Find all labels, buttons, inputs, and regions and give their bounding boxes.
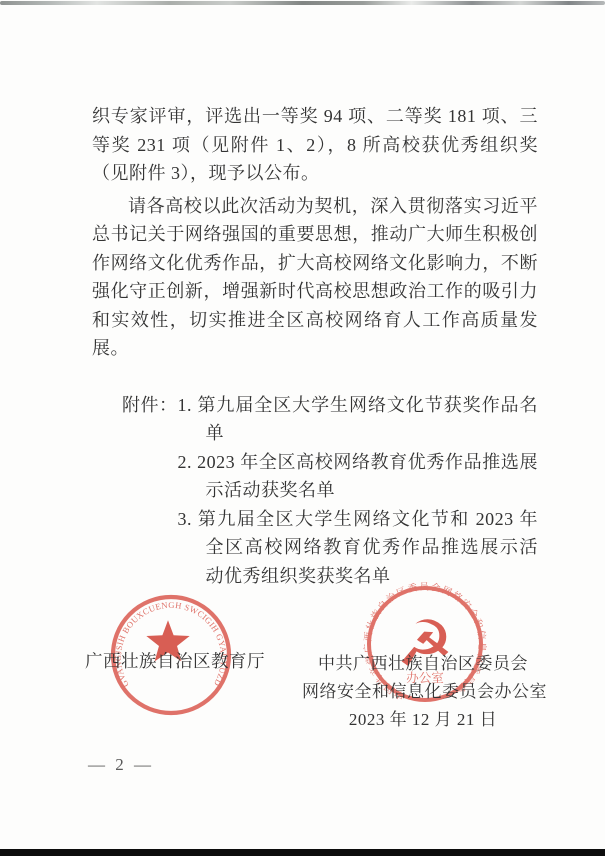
page-number: — 2 — [88,755,154,775]
attachment-item-1: 1. 第九届全区大学生网络文化节获奖作品名单 [178,391,539,448]
attachments-items: 1. 第九届全区大学生网络文化节获奖作品名单 2. 2023 年全区高校网络教育… [178,391,539,591]
body-paragraph-1: 织专家评审，评选出一等奖 94 项、二等奖 181 项、三等奖 231 项（见附… [92,102,538,188]
document-body: 织专家评审，评选出一等奖 94 项、二等奖 181 项、三等奖 231 项（见附… [92,102,538,590]
signature-right-org-line2: 网络安全和信息化委员会办公室 [302,678,544,706]
attachment-item-3: 3. 第九届全区大学生网络文化节和 2023 年全区高校网络教育优秀作品推选展示… [178,505,539,591]
scan-artifact-bottom-edge [0,849,605,856]
scanned-document-page: 织专家评审，评选出一等奖 94 项、二等奖 181 项、三等奖 231 项（见附… [0,0,605,856]
attachments-label: 附件： [122,391,178,591]
attachments-list: 附件： 1. 第九届全区大学生网络文化节获奖作品名单 2. 2023 年全区高校… [92,391,538,591]
signature-right-block: 中共广西壮族自治区委员会 网络安全和信息化委员会办公室 2023 年 12 月 … [302,650,544,734]
scan-artifact-top-edge [0,1,605,5]
signature-date: 2023 年 12 月 21 日 [302,706,544,734]
signature-left-org: 广西壮族自治区教育厅 [85,648,265,673]
signature-right-org-line1: 中共广西壮族自治区委员会 [302,650,544,678]
body-paragraph-2: 请各高校以此次活动为契机，深入贯彻落实习近平总书记关于网络强国的重要思想，推动广… [92,192,538,363]
attachment-item-2: 2. 2023 年全区高校网络教育优秀作品推选展示活动获奖名单 [178,448,539,505]
